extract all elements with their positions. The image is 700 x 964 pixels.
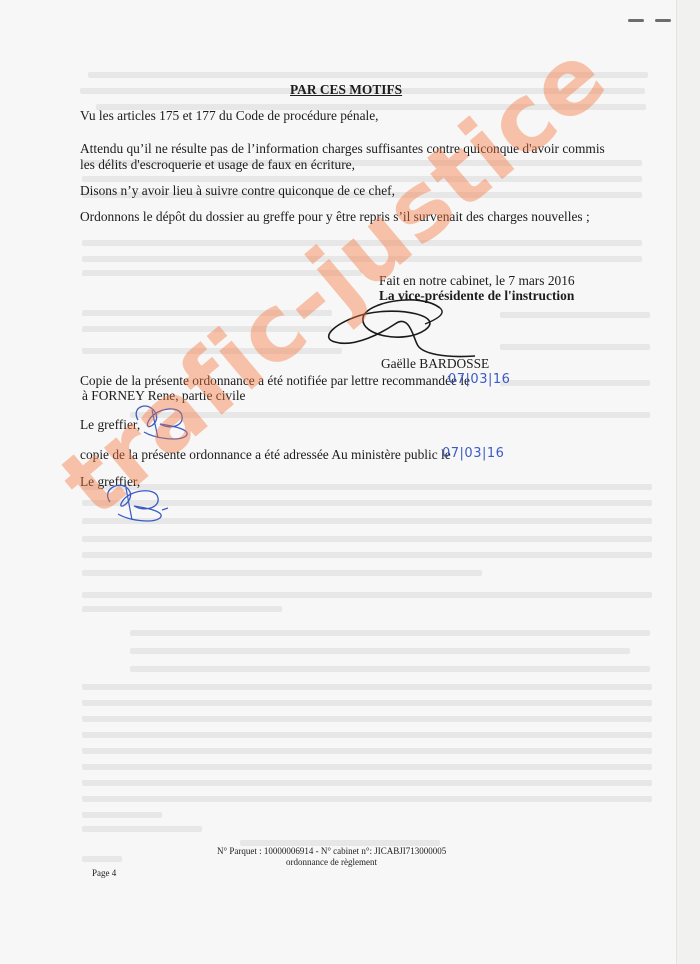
handwritten-date: 07|03|16 bbox=[448, 372, 510, 388]
case-reference: N° Parquet : 10000006914 - N° cabinet n°… bbox=[217, 846, 446, 857]
handwritten-date: 07|03|16 bbox=[442, 446, 504, 462]
document-page: PAR CES MOTIFS Vu les articles 175 et 17… bbox=[0, 0, 677, 964]
paragraph-attendu-line2: les délits d'escroquerie et usage de fau… bbox=[80, 157, 355, 173]
paragraph-articles: Vu les articles 175 et 177 du Code de pr… bbox=[80, 108, 379, 124]
page-edge bbox=[677, 0, 700, 964]
scan-mark bbox=[655, 19, 671, 22]
section-heading: PAR CES MOTIFS bbox=[290, 82, 402, 98]
signatory-name: Gaëlle BARDOSSE bbox=[381, 356, 489, 372]
document-type: ordonnance de règlement bbox=[286, 857, 377, 868]
scan-mark bbox=[628, 19, 644, 22]
page-number: Page 4 bbox=[92, 868, 116, 879]
